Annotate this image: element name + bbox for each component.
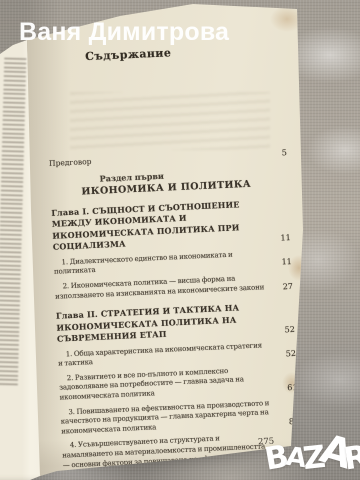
toc-row: Предговор 5 bbox=[49, 148, 287, 168]
left-page-ghost-text bbox=[0, 58, 26, 388]
toc-row: 3. Повишаването на ефективността на прои… bbox=[60, 397, 299, 437]
toc-entry-label: Глава II. СТРАТЕГИЯ И ТАКТИКА НА ИКОНОМИ… bbox=[56, 301, 267, 345]
toc-entry-label: 2. Развитието и все по-пълното и комплек… bbox=[59, 365, 270, 403]
toc-row: 2. Икономическата политика — висша форма… bbox=[54, 272, 293, 302]
toc-entry-page: 5 bbox=[263, 148, 287, 159]
toc-row: Глава I. СЪЩНОСТ И СЪОТНОШЕНИЕ МЕЖДУ ИКО… bbox=[51, 197, 291, 254]
toc-entry-page: 52 bbox=[272, 349, 296, 360]
toc-entry-page: 11 bbox=[268, 257, 292, 268]
toc-entry-label: 1. Диалектическото единство на икономика… bbox=[53, 249, 264, 278]
toc-entry-label: 1. Обща характеристика на икономическата… bbox=[58, 341, 269, 370]
toc-entry-page: 27 bbox=[269, 282, 293, 293]
photo-scene: Съдържание Предговор 5 Раздел първи ИКОН… bbox=[0, 0, 360, 480]
toc-entry-label: Глава I. СЪЩНОСТ И СЪОТНОШЕНИЕ МЕЖДУ ИКО… bbox=[51, 198, 263, 253]
toc-entry-label: 2. Икономическата политика — висша форма… bbox=[54, 273, 265, 302]
toc-row: 2. Развитието и все по-пълното и комплек… bbox=[59, 364, 298, 404]
toc-row: Глава II. СТРАТЕГИЯ И ТАКТИКА НА ИКОНОМИ… bbox=[56, 300, 295, 345]
toc-entry-page: 11 bbox=[266, 233, 290, 244]
toc-entry-label: 3. Повишаването на ефективността на прои… bbox=[60, 399, 271, 437]
table-of-contents: Съдържание Предговор 5 Раздел първи ИКОН… bbox=[44, 41, 301, 480]
seller-name-watermark: Ваня Димитрова bbox=[19, 18, 229, 47]
toc-entry-page: 52 bbox=[271, 325, 295, 336]
marketplace-logo-watermark: BAZAR bbox=[265, 432, 360, 478]
toc-entry-label: Предговор bbox=[49, 149, 259, 168]
toc-rows: Предговор 5 Раздел първи ИКОНОМИКА И ПОЛ… bbox=[49, 148, 301, 480]
